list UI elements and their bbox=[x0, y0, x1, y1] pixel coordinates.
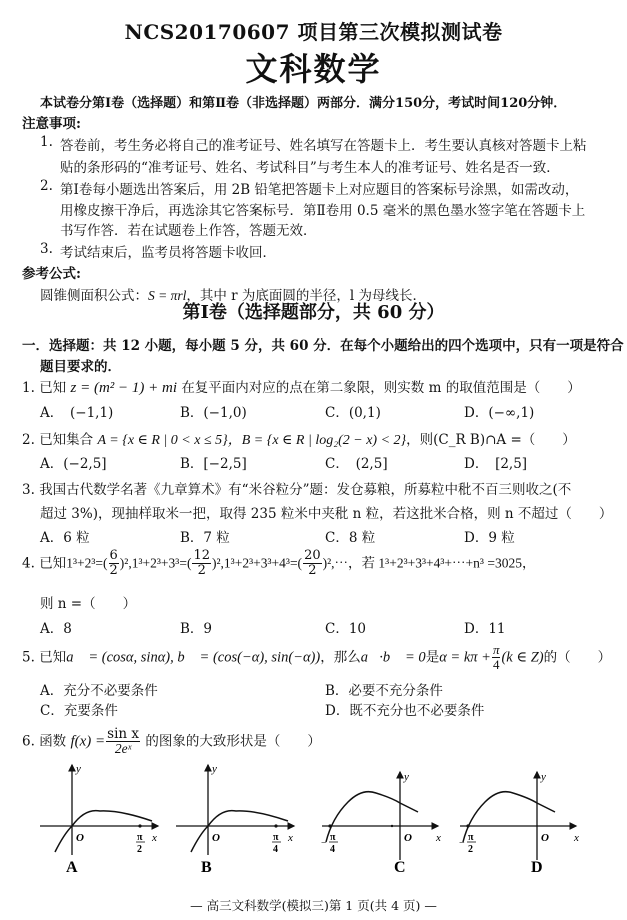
q6-expr: f(x) = bbox=[70, 734, 105, 750]
q5-mid: ，那么 bbox=[320, 650, 361, 666]
note-3-line1: 考试结束后，监考员将答题卡收回． bbox=[60, 241, 276, 261]
question-5: 5. 已知a⃗ = (cosα, sinα), b⃗ = (cos(−α), s… bbox=[22, 643, 611, 672]
note-2-num: 2. bbox=[40, 178, 53, 194]
question-2: 2. 已知集合 A = {x ∈ R | 0 < x ≤ 5}，B = {x ∈… bbox=[22, 428, 576, 449]
q6-suffix: 的图象的大致形状是（ ） bbox=[145, 734, 321, 750]
q5-mid2: 是 bbox=[426, 650, 440, 666]
q4-frac3: 202 bbox=[303, 549, 322, 578]
svg-text:C: C bbox=[394, 859, 406, 876]
note-1-num: 1. bbox=[40, 134, 53, 150]
page-footer: — 高三文科数学(模拟三)第 1 页(共 4 页) — bbox=[0, 896, 627, 914]
q1-option-d: D．(−∞,1) bbox=[464, 401, 534, 421]
q5-suffix: 的（ ） bbox=[544, 650, 612, 666]
svg-text:x: x bbox=[151, 832, 157, 844]
section-instruction-line1: 一．选择题：共 12 小题，每小题 5 分，共 60 分．在每个小题给出的四个选… bbox=[22, 334, 624, 354]
svg-text:4: 4 bbox=[330, 844, 335, 855]
q5-expr3: α = kπ + bbox=[439, 650, 491, 666]
q6-num: 6. bbox=[22, 734, 35, 750]
q1-expr: z = (m² − 1) + mi bbox=[70, 380, 177, 396]
q5-option-a: A．充分不必要条件 bbox=[40, 679, 158, 699]
svg-text:O: O bbox=[212, 832, 220, 844]
question-3-line1: 3. 我国古代数学名著《九章算术》有“米谷粒分”题：发仓募粮，所募粒中秕不百三则… bbox=[22, 478, 571, 498]
q5-option-c: C．充要条件 bbox=[40, 699, 118, 719]
q5-frac: π4 bbox=[492, 643, 501, 672]
svg-text:−: − bbox=[459, 838, 465, 849]
graph-a: y x O π 2 A bbox=[40, 763, 158, 876]
q3-line1: 我国古代数学名著《九章算术》有“米谷粒分”题：发仓募粮，所募粒中秕不百三则收之(… bbox=[39, 482, 571, 498]
svg-text:2: 2 bbox=[137, 844, 142, 855]
q5-expr4: (k ∈ Z) bbox=[501, 650, 543, 666]
svg-text:π: π bbox=[468, 832, 474, 843]
subject-title: 文科数学 bbox=[0, 44, 627, 90]
graph-d: y x O − π 2 D bbox=[459, 771, 579, 876]
q1-option-a: A． (−1,1) bbox=[40, 401, 113, 421]
q5-num: 5. bbox=[22, 650, 35, 666]
q3-option-d: D．9 粒 bbox=[464, 526, 515, 546]
q2-prefix: 已知集合 bbox=[39, 432, 93, 448]
svg-text:4: 4 bbox=[273, 844, 278, 855]
section-title: 第Ⅰ卷（选择题部分，共 60 分） bbox=[0, 298, 627, 324]
graph-c: y x O − π 4 C bbox=[321, 771, 441, 876]
q3-num: 3. bbox=[22, 482, 35, 498]
q1-prefix: 已知 bbox=[39, 380, 66, 396]
q3-line2: 超过 3%)，现抽样取米一把，取得 235 粒米中夹秕 n 粒，若这批米合格，则… bbox=[40, 502, 612, 522]
q4-frac2: 122 bbox=[192, 549, 211, 578]
svg-text:O: O bbox=[76, 832, 84, 844]
q4-option-c: C．10 bbox=[325, 617, 366, 637]
q5-expr2: a⃗·b⃗ = 0 bbox=[361, 650, 426, 666]
svg-text:y: y bbox=[75, 763, 81, 775]
q5-option-d: D．既不充分也不必要条件 bbox=[325, 699, 484, 719]
svg-text:2: 2 bbox=[468, 844, 473, 855]
note-2-line3: 书写作答．若在试题卷上作答，答题无效． bbox=[60, 219, 317, 239]
svg-text:y: y bbox=[211, 763, 217, 775]
svg-text:π: π bbox=[330, 832, 336, 843]
q1-suffix: 在复平面内对应的点在第二象限，则实数 m 的取值范围是（ ） bbox=[181, 380, 580, 396]
q2-option-c: C． (2,5] bbox=[325, 452, 388, 472]
svg-text:x: x bbox=[435, 832, 441, 844]
q4-option-d: D．11 bbox=[464, 617, 506, 637]
svg-text:π: π bbox=[273, 832, 279, 843]
q5-expr: a⃗ = (cosα, sinα), b⃗ = (cos(−α), sin(−α… bbox=[66, 650, 320, 666]
q2-expr: A = {x ∈ R | 0 < x ≤ 5}，B = {x ∈ R | log… bbox=[97, 433, 406, 448]
section-instruction-line2: 题目要求的． bbox=[40, 355, 121, 375]
q4-part2: )²,1³+2³+3³=( bbox=[120, 556, 192, 571]
q2-option-a: A．(−2,5] bbox=[40, 452, 107, 472]
q6-graphs: y x O π 2 A y x O π 4 B y x O − π 4 C bbox=[0, 760, 627, 880]
q4-option-a: A．8 bbox=[40, 617, 72, 637]
q4-prefix: 已知 bbox=[39, 556, 66, 572]
question-6: 6. 函数 f(x) =sin x2eˣ 的图象的大致形状是（ ） bbox=[22, 727, 321, 756]
q2-option-d: D． [2,5] bbox=[464, 452, 527, 472]
q5-prefix: 已知 bbox=[39, 650, 66, 666]
q2-suffix: ，则(C_R B)∩A =（ ） bbox=[406, 432, 576, 448]
q4-frac1: 62 bbox=[109, 549, 119, 578]
svg-text:O: O bbox=[541, 832, 549, 844]
q1-option-c: C．(0,1) bbox=[325, 401, 381, 421]
question-4: 4. 已知1³+2³=(62)²,1³+2³+3³=(122)²,1³+2³+3… bbox=[22, 549, 535, 578]
svg-text:O: O bbox=[404, 832, 412, 844]
q1-option-b: B．(−1,0) bbox=[180, 401, 247, 421]
svg-text:B: B bbox=[201, 859, 212, 876]
formula-heading: 参考公式: bbox=[22, 262, 81, 282]
svg-text:x: x bbox=[287, 832, 293, 844]
note-3-num: 3. bbox=[40, 241, 53, 257]
note-2-line1: 第Ⅰ卷每小题选出答案后，用 2B 铅笔把答题卡上对应题目的答案标号涂黑，如需改动… bbox=[60, 178, 578, 198]
q3-option-c: C．8 粒 bbox=[325, 526, 375, 546]
q3-option-a: A．6 粒 bbox=[40, 526, 90, 546]
question-1: 1. 已知 z = (m² − 1) + mi 在复平面内对应的点在第二象限，则… bbox=[22, 376, 581, 397]
q5-option-b: B．必要不充分条件 bbox=[325, 679, 443, 699]
svg-text:π: π bbox=[137, 832, 143, 843]
q4-num: 4. bbox=[22, 556, 35, 572]
svg-text:A: A bbox=[66, 859, 78, 876]
q3-option-b: B．7 粒 bbox=[180, 526, 230, 546]
q6-frac: sin x2eˣ bbox=[106, 727, 140, 756]
svg-text:y: y bbox=[540, 771, 546, 783]
q4-line2: 则 n =（ ） bbox=[40, 592, 136, 612]
notes-heading: 注意事项: bbox=[22, 112, 81, 132]
exam-title: NCS20170607 项目第三次模拟测试卷 bbox=[0, 16, 627, 45]
note-1-line2: 贴的条形码的“准考证号、姓名、考试科目”与考生本人的准考证号、姓名是否一致． bbox=[60, 156, 560, 176]
note-1-line1: 答卷前，考生务必将自己的准考证号、姓名填写在答题卡上．考生要认真核对答题卡上粘 bbox=[60, 134, 587, 154]
svg-text:y: y bbox=[403, 771, 409, 783]
graph-b: y x O π 4 B bbox=[176, 763, 294, 876]
note-2-line2: 用橡皮擦干净后，再选涂其它答案标号．第Ⅱ卷用 0.5 毫米的黑色墨水签字笔在答题… bbox=[60, 199, 585, 219]
svg-text:D: D bbox=[531, 859, 543, 876]
svg-text:x: x bbox=[573, 832, 579, 844]
q4-part4: )²,⋯，若 1³+2³+3³+4³+⋯+n³ =3025， bbox=[323, 556, 536, 571]
q4-part1: 1³+2³=( bbox=[66, 556, 107, 571]
exam-intro: 本试卷分第Ⅰ卷（选择题）和第Ⅱ卷（非选择题）两部分．满分150分，考试时间120… bbox=[40, 92, 566, 111]
q6-prefix: 函数 bbox=[39, 734, 66, 750]
q1-num: 1. bbox=[22, 380, 35, 396]
q2-option-b: B．[−2,5] bbox=[180, 452, 247, 472]
q4-part3: )²,1³+2³+3³+4³=( bbox=[212, 556, 302, 571]
q2-num: 2. bbox=[22, 432, 35, 448]
q4-option-b: B．9 bbox=[180, 617, 212, 637]
svg-text:−: − bbox=[321, 838, 327, 849]
